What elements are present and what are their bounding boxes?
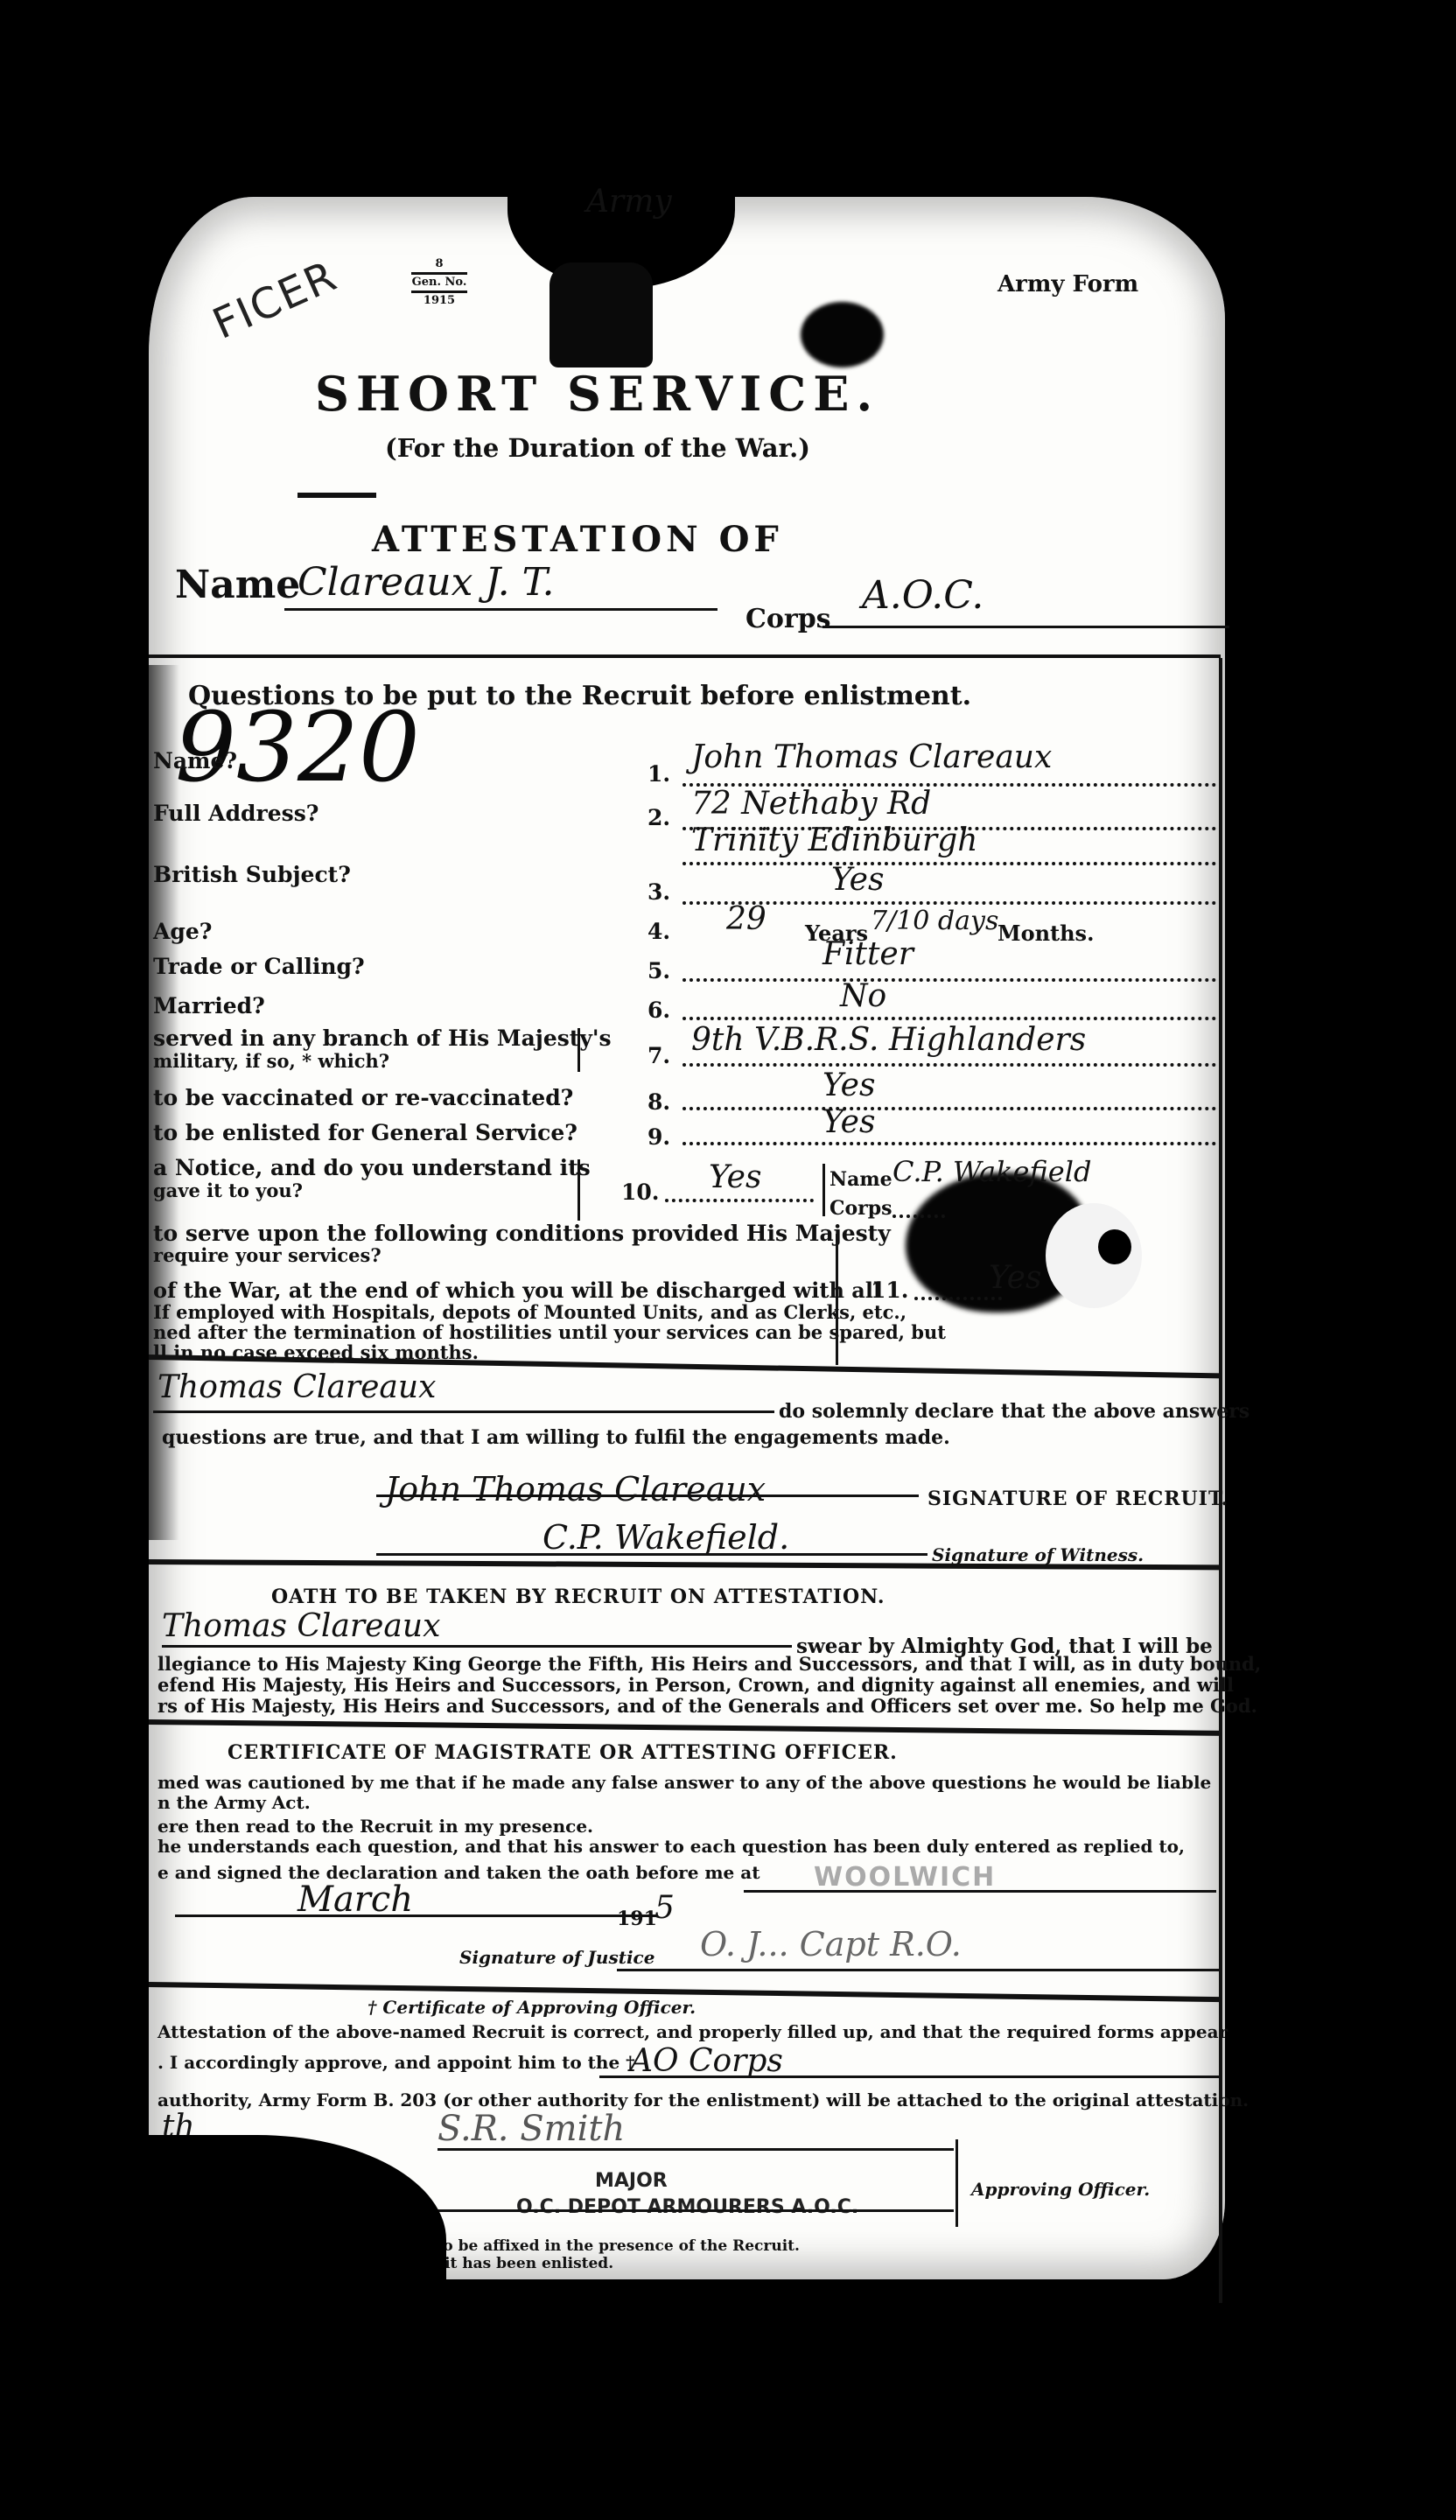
name-line	[284, 608, 717, 611]
top-handwriting: Army	[586, 184, 672, 220]
answer-1: John Thomas Clareaux	[691, 739, 1052, 775]
question-4: Age?	[153, 919, 212, 944]
oath-name: Thomas Clareaux	[162, 1608, 440, 1644]
brace	[836, 1234, 838, 1365]
recruit-signature-label: SIGNATURE OF RECRUIT.	[927, 1487, 1228, 1510]
signature-line	[437, 2209, 954, 2212]
magistrate-text: e and signed the declaration and taken t…	[157, 1862, 759, 1883]
notice-name-label: Name	[829, 1168, 892, 1191]
answer-2-line-2: Trinity Edinburgh	[691, 822, 977, 858]
brace	[577, 1159, 580, 1221]
appointed-line	[599, 2075, 1221, 2078]
declaration-text-1: do solemnly declare that the above answe…	[779, 1400, 1249, 1423]
answer-4-months: 7/10 days	[871, 906, 998, 936]
question-number: 11.	[871, 1277, 909, 1303]
divider	[297, 493, 376, 498]
question-5: Trade or Calling?	[153, 954, 365, 979]
notice-name-value: C.P. Wakefield	[892, 1155, 1091, 1188]
question-number: 9.	[647, 1124, 670, 1150]
question-number: 6.	[647, 997, 670, 1023]
answer-line	[682, 862, 1216, 865]
corps-line	[822, 626, 1229, 628]
brace	[955, 2139, 958, 2227]
army-form-label: Army Form	[997, 271, 1138, 297]
name-value: Clareaux J. T.	[297, 560, 554, 605]
answer-6: No	[840, 978, 886, 1014]
witness-signature: C.P. Wakefield.	[542, 1518, 789, 1557]
question-number: 3.	[647, 879, 670, 905]
answer-5: Fitter	[822, 936, 913, 972]
approving-text: Attestation of the above-named Recruit i…	[157, 2021, 1228, 2042]
declaration-name: Thomas Clareaux	[157, 1369, 436, 1405]
form-right-border	[1219, 658, 1222, 2303]
unit-stamp: O.C. DEPOT ARMOURERS A.O.C.	[516, 2196, 858, 2218]
answer-line	[682, 1017, 1216, 1020]
question-6: Married?	[153, 993, 265, 1018]
question-number: 10.	[621, 1179, 660, 1205]
question-number: 1.	[647, 761, 670, 787]
officer-signature: S.R. Smith	[437, 2109, 625, 2149]
oath-name-line	[162, 1645, 792, 1648]
declaration-text-2: questions are true, and that I am willin…	[162, 1426, 950, 1449]
question-10-line-2: gave it to you?	[153, 1179, 303, 1201]
brace	[577, 1028, 580, 1072]
appointed-corps: AO Corps	[630, 2043, 783, 2079]
answer-3: Yes	[831, 862, 884, 898]
question-7-line-2: military, if so, * which?	[153, 1050, 389, 1072]
answer-line	[682, 1107, 1216, 1110]
question-number: 4.	[647, 919, 670, 944]
answer-4-years: 29	[726, 901, 766, 937]
oath-heading: OATH TO BE TAKEN BY RECRUIT ON ATTESTATI…	[271, 1585, 885, 1608]
recruit-signature: John Thomas Clareaux	[385, 1470, 766, 1508]
answer-line	[682, 1142, 1216, 1145]
approving-officer-label: Approving Officer.	[971, 2179, 1150, 2200]
date-year-suffix: 5	[654, 1890, 675, 1926]
oath-text: llegiance to His Majesty King George the…	[157, 1654, 1261, 1675]
answer-7: 9th V.B.R.S. Highlanders	[691, 1022, 1086, 1058]
magistrate-text: med was cautioned by me that if he made …	[157, 1772, 1211, 1793]
brace	[822, 1164, 825, 1216]
signature-line	[617, 1969, 1221, 1971]
corps-value: A.O.C.	[862, 573, 983, 618]
approving-heading: † Certificate of Approving Officer.	[367, 1997, 696, 2018]
question-number: 8.	[647, 1089, 670, 1115]
answer-8: Yes	[822, 1067, 875, 1103]
answer-11: Yes	[989, 1260, 1041, 1296]
date-year-prefix: 191	[617, 1907, 657, 1930]
answer-10: Yes	[709, 1159, 761, 1195]
oath-text: rs of His Majesty, His Heirs and Success…	[157, 1696, 1257, 1717]
signature-line	[437, 2148, 954, 2151]
justice-signature-label: Signature of Justice	[459, 1947, 654, 1968]
gen-no-mark: 8 Gen. No. 1915	[411, 258, 467, 307]
declaration-name-line	[153, 1410, 774, 1413]
attestation-heading: ATTESTATION OF	[372, 519, 783, 560]
name-label: Name	[175, 563, 300, 607]
oath-text: efend His Majesty, His Heirs and Success…	[157, 1675, 1234, 1696]
question-number: 7.	[647, 1043, 670, 1068]
question-10-line-1: a Notice, and do you understand its	[153, 1155, 591, 1180]
witness-signature-label: Signature of Witness.	[932, 1544, 1144, 1565]
question-2: Full Address?	[153, 801, 318, 826]
magistrate-text: n the Army Act.	[157, 1792, 311, 1813]
answer-line	[892, 1214, 945, 1218]
question-1: Name?	[153, 748, 237, 773]
approving-text: . I accordingly approve, and appoint him…	[157, 2052, 635, 2073]
answer-line	[682, 1063, 1216, 1067]
question-7-line-1: served in any branch of His Majesty's	[153, 1025, 612, 1051]
place-line	[744, 1890, 1216, 1893]
questions-box-top-rule	[149, 654, 1221, 658]
registration-number: 9320	[175, 691, 420, 803]
royal-crest-icon	[549, 262, 653, 367]
signature-line	[376, 1494, 919, 1497]
answer-line	[914, 1297, 1002, 1300]
question-number: 2.	[647, 805, 670, 830]
justice-signature: O. J... Capt R.O.	[700, 1925, 962, 1963]
place-stamp: WOOLWICH	[814, 1862, 996, 1893]
answer-2: 72 Nethaby Rd	[691, 786, 931, 822]
answer-9: Yes	[822, 1104, 875, 1140]
date-line	[175, 1914, 656, 1917]
magistrate-text: ere then read to the Recruit in my prese…	[157, 1816, 593, 1837]
question-11-line-2: require your services?	[153, 1244, 381, 1266]
question-9: to be enlisted for General Service?	[153, 1120, 577, 1145]
answer-line	[665, 1199, 814, 1202]
form-subtitle: (For the Duration of the War.)	[385, 433, 810, 463]
rank-stamp: MAJOR	[595, 2170, 668, 2192]
question-8: to be vaccinated or re-vaccinated?	[153, 1085, 573, 1110]
approving-text: authority, Army Form B. 203 (or other au…	[157, 2089, 1249, 2110]
ink-blot	[801, 302, 884, 367]
magistrate-heading: CERTIFICATE OF MAGISTRATE OR ATTESTING O…	[227, 1741, 898, 1764]
answer-line	[682, 978, 1216, 982]
magistrate-text: he understands each question, and that h…	[157, 1836, 1185, 1857]
corps-label: Corps	[745, 604, 831, 634]
months-label: Months.	[997, 920, 1094, 946]
form-title: SHORT SERVICE.	[315, 366, 879, 422]
ink-blot	[1098, 1229, 1131, 1264]
question-3: British Subject?	[153, 862, 351, 887]
notice-corps-label: Corps	[829, 1197, 892, 1220]
question-number: 5.	[647, 958, 670, 983]
signature-line	[376, 1553, 927, 1556]
question-11-line-1: to serve upon the following conditions p…	[153, 1221, 891, 1246]
